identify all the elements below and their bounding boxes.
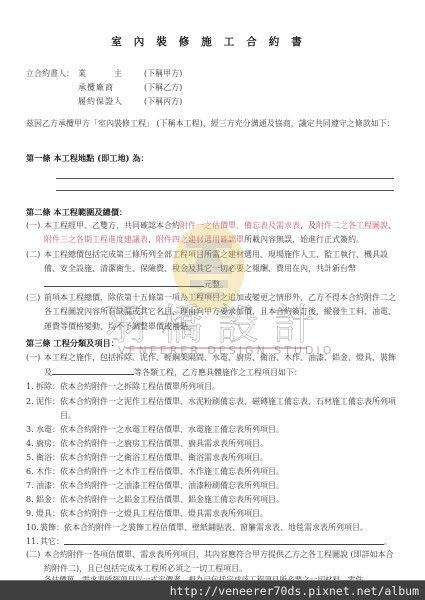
clause-text: 前項本工程總價，除依第十五條第一項為工程項目之追加或變更之情形外，乙方不得本合約… (44, 291, 400, 334)
party-name: 承攬廠商 (78, 81, 144, 95)
party-name: 業 主 (78, 67, 144, 81)
clause-text: 本工程經甲、乙雙方，共同確認本合約附件一之估價單、備忘表及需求表，及附件二之各工… (44, 219, 400, 248)
article-2-clause-3: (三) 前項本工程總價，除依第十五條第一項為工程項目之追加或變更之情形外，乙方不… (26, 291, 400, 334)
item-text: 依本合約附件一之衛浴工程估價單、衛浴需求表所列項目。 (60, 451, 268, 465)
article-1-heading: 第一條 本工程地點 (即工地) 為： (26, 153, 149, 164)
article-2-heading: 第二條 本工程範圍及總價： (26, 207, 127, 218)
item-label: 鋁金： (36, 493, 60, 507)
party-row-owner: 立合約書人： 業 主 (下稱甲方) (26, 67, 182, 81)
item-text: 依本合約附件一之燈具工程估價單、燈具需求表所列項目。 (60, 507, 268, 521)
clause-number: (一) (26, 219, 44, 248)
article-2-clause-2: (二) 本工程總價包括完成第三條所列全部工程項目所需之建材選用、現場施作人工、監… (26, 248, 400, 292)
work-item-1: 1. 拆除： 依本合約附件一之拆除工程估價單所列項目。 (26, 380, 400, 394)
item-number: 2. (26, 395, 36, 423)
item-number: 7. (26, 479, 36, 493)
clause-text-part: 本工程經甲、乙雙方，共同確認本合約 (44, 221, 180, 230)
total-price-blank (44, 277, 204, 287)
item-text: 依本合約附件一之水電工程估價單、水電施工備忘表所列項目。 (60, 423, 284, 437)
address-blank-line-2 (56, 190, 394, 191)
party-role: (下稱乙方) (144, 81, 182, 95)
clause-suffix: 等各類工程，乙方應具體施作之工程項目如下： (134, 368, 302, 377)
item-label: 燈具： (36, 507, 60, 521)
attachment-2-reference: 附件二之各工程圖說 (316, 221, 388, 230)
clause-text-part: 所載內容無誤，始進行正式簽約。 (244, 235, 364, 244)
item-label: 水電： (36, 423, 60, 437)
attachment-4-reference: 附件四之建材選用確認單 (156, 235, 244, 244)
highlight-bar (125, 347, 307, 349)
footer-url-bar: http://veneerer70ds.pixnet.net/album (0, 580, 425, 600)
decoration-blank (52, 365, 134, 375)
work-item-2: 2. 泥作： 依本合約附件一之泥作工程估價單、水泥粉刷備忘表、磁磚施工備忘表、石… (26, 395, 400, 423)
clause-text: 本合約附件一各項估價單、需求表所列項目，其內容應符合甲方提供乙方之各工程圖說 (… (44, 550, 394, 573)
other-items-blank (64, 535, 384, 545)
attachment-1-reference: 附件一之估價單、備忘表及需求表 (180, 221, 300, 230)
item-text: 依本合約附件一之鋁金工程估價單、鋁金施工備忘表所列項目。 (60, 493, 284, 507)
item-number: 11. (26, 535, 40, 549)
work-item-8: 8. 鋁金： 依本合約附件一之鋁金工程估價單、鋁金施工備忘表所列項目。 (26, 493, 400, 507)
item-number: 8. (26, 493, 36, 507)
document-title: 室內裝修施工合約書 (0, 34, 425, 49)
article-2-clause-1: (一) 本工程經甲、乙雙方，共同確認本合約附件一之估價單、備忘表及需求表，及附件… (26, 219, 400, 248)
item-text: 依本合約附件一之廚房工程估價單、廚具需求表所列項目。 (60, 437, 268, 451)
contract-parties: 立合約書人： 業 主 (下稱甲方) 承攬廠商 (下稱乙方) 履約保證人 (下稱丙… (26, 67, 182, 109)
item-text: 依本合約附件一之木作工程估價單、木作施工備忘表所列項目。 (60, 465, 284, 479)
item-label: 油漆： (36, 479, 60, 493)
article-3-heading: 第三條 工程分類及項目： (26, 338, 119, 349)
work-item-5: 5. 衛浴： 依本合約附件一之衛浴工程估價單、衛浴需求表所列項目。 (26, 451, 400, 465)
item-number: 10. (26, 521, 40, 535)
clause-suffix: 元整。 (204, 280, 228, 289)
item-text: 依本合約附件一之拆除工程估價單所列項目。 (60, 380, 220, 394)
clause-text-part: ，及 (300, 221, 316, 230)
address-blank-line-1 (56, 178, 394, 179)
party-role: (下稱甲方) (144, 67, 182, 81)
footer-url[interactable]: http://veneerer70ds.pixnet.net/album (170, 584, 419, 598)
contract-page: 室內裝修施工合約書 立合約書人： 業 主 (下稱甲方) 承攬廠商 (下稱乙方) … (0, 0, 425, 600)
party-row-contractor: 承攬廠商 (下稱乙方) (26, 81, 182, 95)
party-name: 履約保證人 (78, 95, 144, 109)
item-text: 依本合約附件一之油漆工程估價單、油漆粉刷備忘表所列項目。 (60, 479, 284, 493)
item-text: 依本合約附件一之裝飾工程估價單、壁紙鋪貼表、窗簾需求表、地毯需求表所列項目。 (64, 521, 368, 535)
item-label: 其它： (40, 535, 64, 549)
item-label: 拆除： (36, 380, 60, 394)
work-item-11: 11. 其它： 。 (26, 535, 400, 549)
party-role: (下稱丙方) (144, 95, 182, 109)
item-number: 3. (26, 423, 36, 437)
item-number: 9. (26, 507, 36, 521)
item-number: 1. (26, 380, 36, 394)
work-item-10: 10. 裝飾： 依本合約附件一之裝飾工程估價單、壁紙鋪貼表、窗簾需求表、地毯需求… (26, 521, 400, 535)
clause-text-part: 、 (148, 235, 156, 244)
clause-number: (三) (26, 291, 44, 334)
work-item-4: 4. 廚房： 依本合約附件一之廚房工程估價單、廚具需求表所列項目。 (26, 437, 400, 451)
item-label: 泥作： (36, 395, 60, 423)
article-3-clause-1: (一) 本工程之施作，包括拆除、泥作、輕鋼架隔間、水電、廚房、衛浴、木作、油漆、… (26, 351, 400, 381)
item-label: 廚房： (36, 437, 60, 451)
item-number: 6. (26, 465, 36, 479)
work-item-7: 7. 油漆： 依本合約附件一之油漆工程估價單、油漆粉刷備忘表所列項目。 (26, 479, 400, 493)
clause-text: 本工程總價包括完成第三條所列全部工程項目所需之建材選用、現場施作人工、監工執行、… (44, 250, 388, 273)
item-number: 4. (26, 437, 36, 451)
party-row-guarantor: 履約保證人 (下稱丙方) (26, 95, 182, 109)
clause-text-part: 、 (388, 221, 396, 230)
item-number: 5. (26, 451, 36, 465)
item-text: 依本合約附件一之泥作工程估價單、水泥粉刷備忘表、磁磚施工備忘表、石材施工備忘表所… (60, 395, 400, 423)
attachment-3-reference: 附件三之各期工程進度建議表 (44, 235, 148, 244)
work-item-6: 6. 木作： 依本合約附件一之木作工程估價單、木作施工備忘表所列項目。 (26, 465, 400, 479)
item-label: 木作： (36, 465, 60, 479)
preamble: 茲因乙方承攬甲方「室內裝修工程」 (下稱本工程)，經三方充分溝通及協商，議定共同… (26, 117, 398, 131)
work-item-9: 9. 燈具： 依本合約附件一之燈具工程估價單、燈具需求表所列項目。 (26, 507, 400, 521)
work-item-3: 3. 水電： 依本合約附件一之水電工程估價單、水電施工備忘表所列項目。 (26, 423, 400, 437)
clause-number: (一) (26, 351, 44, 381)
item-label: 裝飾： (40, 521, 64, 535)
clause-number: (二) (26, 248, 44, 292)
item-label: 衛浴： (36, 451, 60, 465)
parties-label: 立合約書人： (26, 67, 78, 81)
clause-number: (二) (26, 548, 44, 577)
